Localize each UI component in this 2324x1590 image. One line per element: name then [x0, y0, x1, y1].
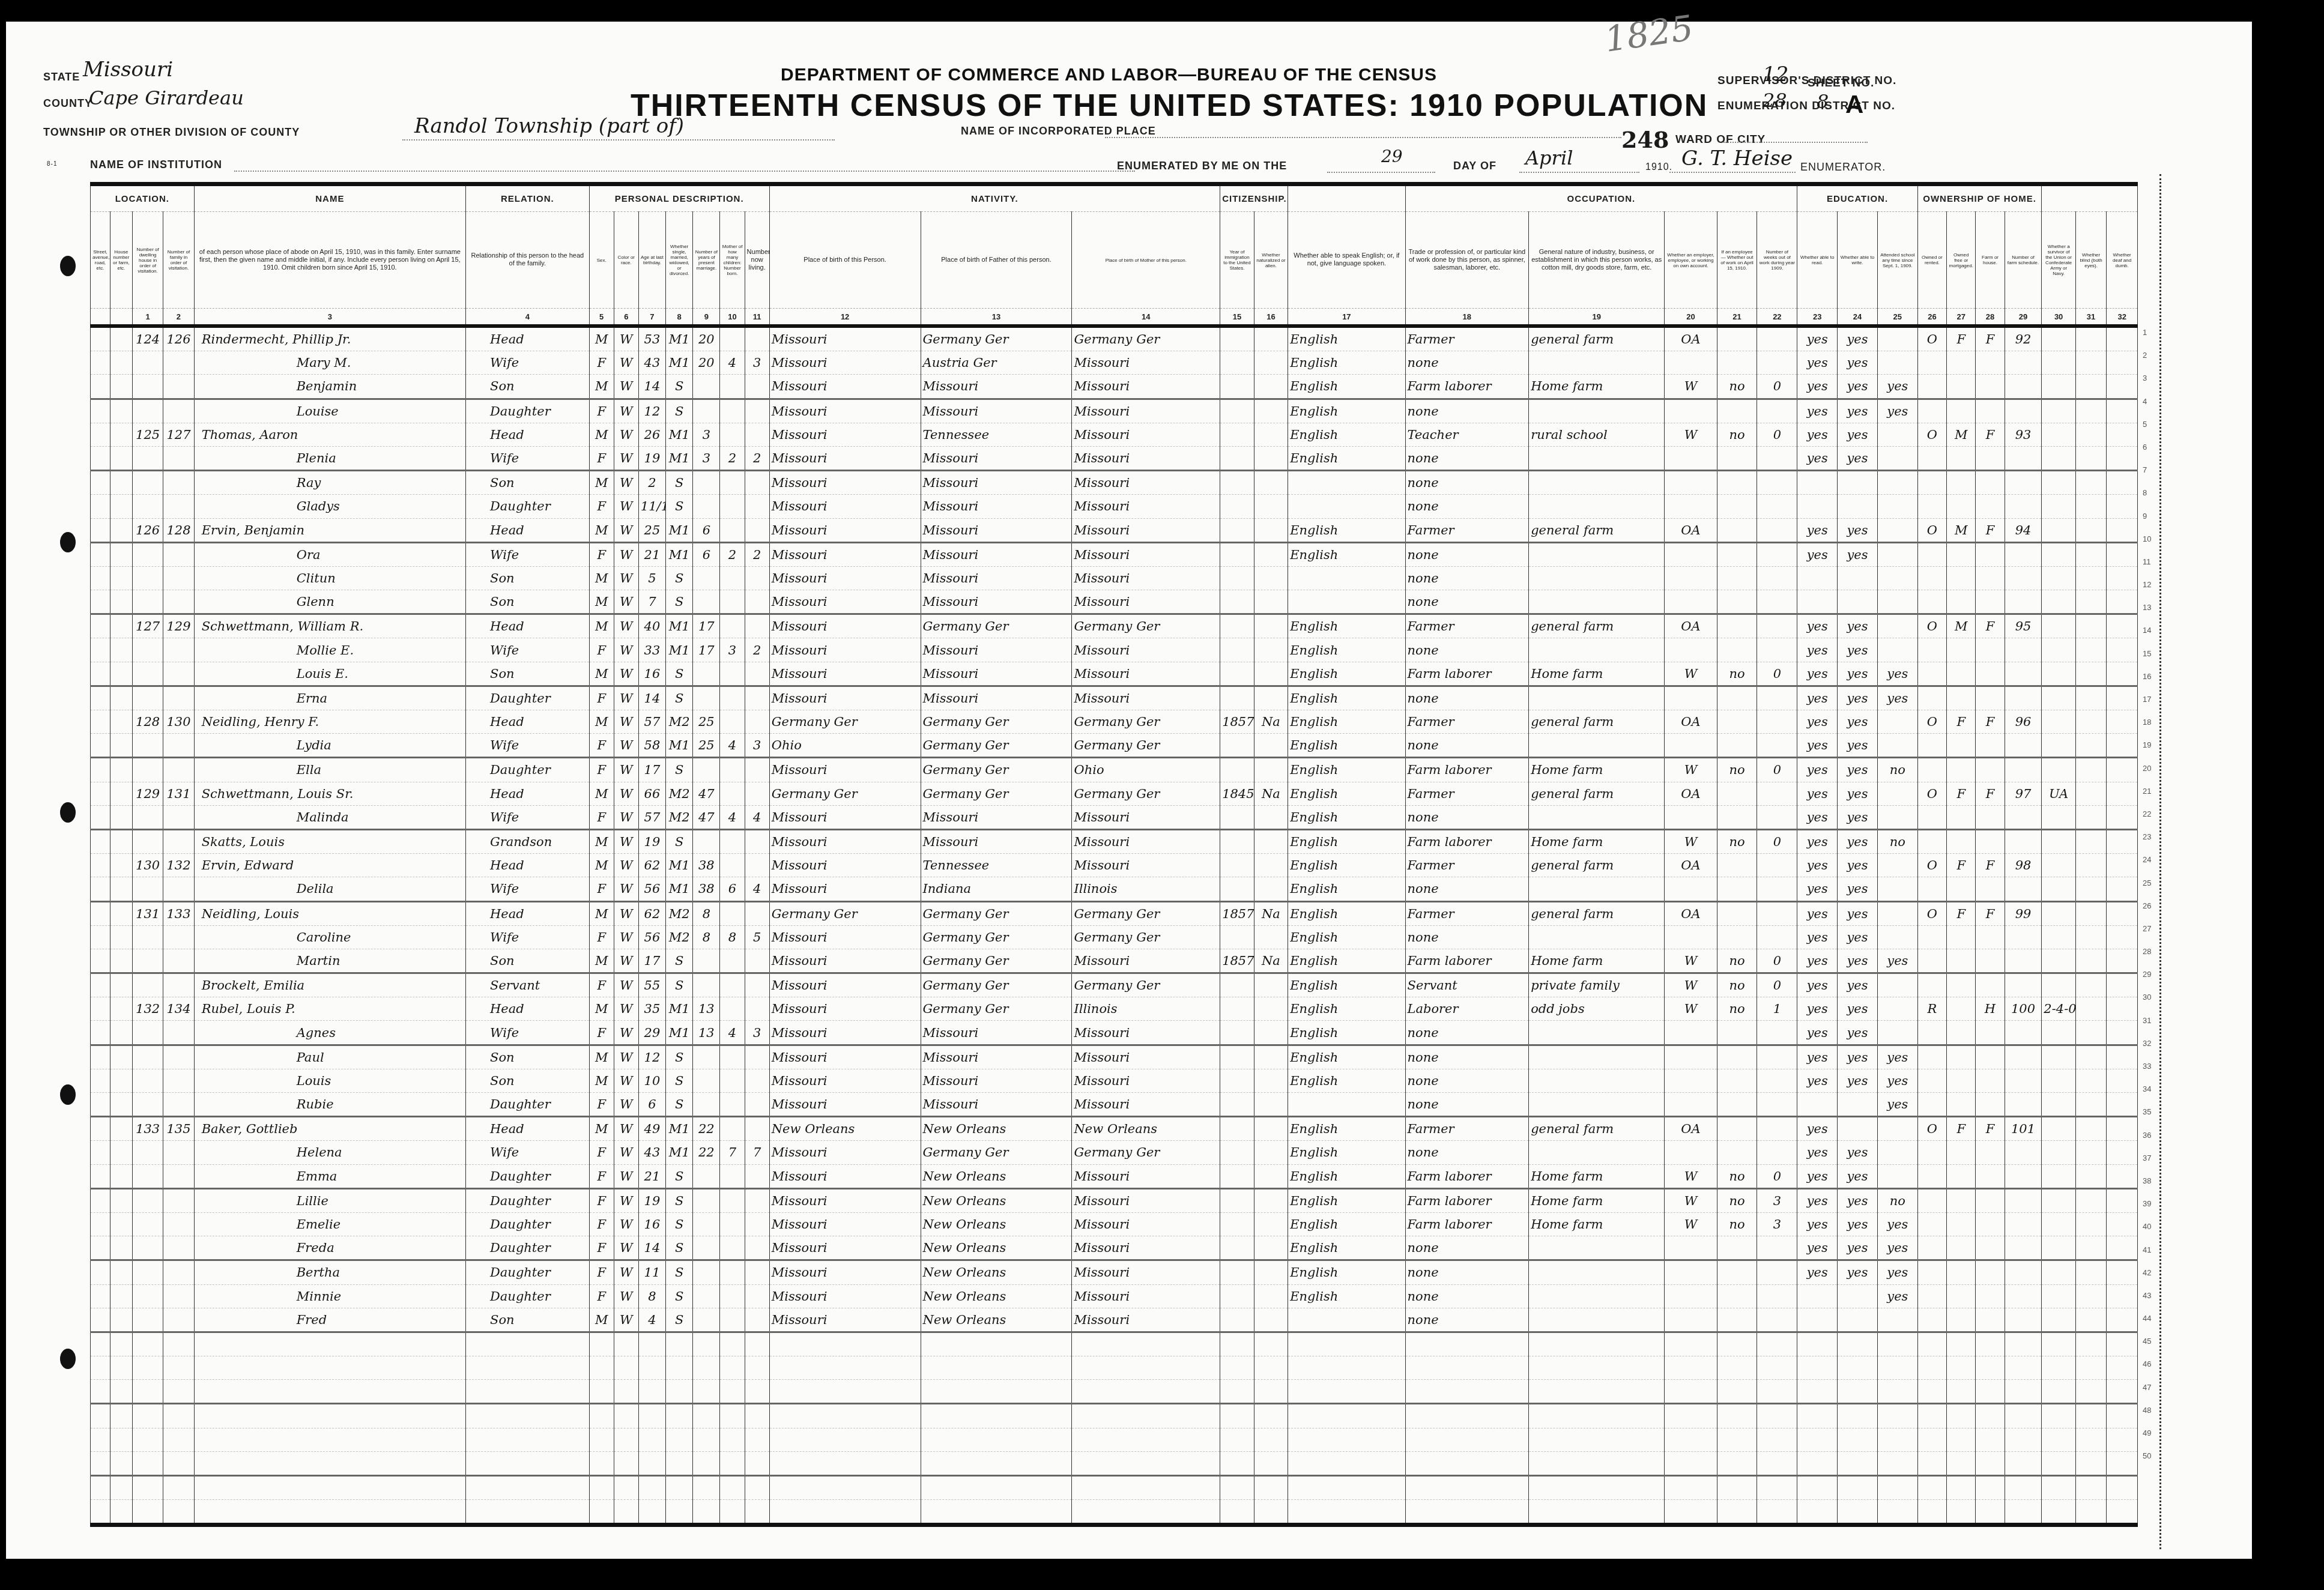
cell-sex: F	[589, 399, 614, 423]
cell-veteran	[2042, 590, 2076, 614]
cell-own-rent: O	[1917, 423, 1946, 446]
line-number: 43	[2143, 1284, 2161, 1307]
cell-deaf	[2107, 686, 2138, 710]
line-number: 50	[2143, 1445, 2161, 1468]
cell-living	[745, 614, 769, 638]
cell-trade: none	[1405, 1236, 1529, 1260]
cell-natur	[1254, 925, 1288, 949]
cell-farm-sched	[2005, 1188, 2042, 1212]
cell-dwelling	[132, 1451, 163, 1475]
column-number-18: 17	[1288, 309, 1405, 327]
cell-write: yes	[1838, 734, 1878, 758]
cell-own-rent	[1917, 1451, 1946, 1475]
cell-farm-house	[1976, 686, 2005, 710]
cell-sex: F	[589, 1164, 614, 1188]
cell-dwelling	[132, 1212, 163, 1236]
cell-race: W	[614, 973, 638, 997]
cell-house	[110, 973, 132, 997]
cell-race: W	[614, 1212, 638, 1236]
cell-language	[1288, 1451, 1405, 1475]
cell-language: English	[1288, 1045, 1405, 1069]
cell-own-rent	[1917, 973, 1946, 997]
cell-birth-person: Missouri	[769, 326, 921, 351]
cell-veteran	[2042, 1212, 2076, 1236]
cell-farm-house: F	[1976, 782, 2005, 805]
cell-relation: Wife	[466, 1141, 590, 1164]
cell-living	[745, 1164, 769, 1188]
cell-natur	[1254, 1260, 1288, 1284]
cell-trade	[1405, 1380, 1529, 1404]
line-number: 22	[2143, 803, 2161, 826]
cell-relation: Son	[466, 1045, 590, 1069]
cell-birth-father: Missouri	[921, 446, 1072, 470]
cell-write: yes	[1838, 351, 1878, 375]
cell-birth-person: Missouri	[769, 758, 921, 782]
cell-born: 8	[720, 925, 745, 949]
cell-race: W	[614, 805, 638, 829]
cell-language: English	[1288, 805, 1405, 829]
cell-street	[91, 1451, 110, 1475]
cell-write	[1838, 1476, 1878, 1500]
cell-name: Helena	[194, 1141, 465, 1164]
cell-weeks-out	[1757, 1500, 1797, 1525]
cell-relation: Son	[466, 1308, 590, 1332]
cell-sex: F	[589, 542, 614, 566]
cell-sex: M	[589, 326, 614, 351]
cell-own-rent: O	[1917, 326, 1946, 351]
cell-living	[745, 566, 769, 590]
cell-immig	[1220, 1069, 1254, 1092]
cell-birth-mother	[1072, 1476, 1220, 1500]
cell-deaf	[2107, 1308, 2138, 1332]
cell-birth-person: Missouri	[769, 805, 921, 829]
cell-street	[91, 399, 110, 423]
column-desc-17: Whether naturalized or alien.	[1254, 212, 1288, 309]
cell-birth-person: Missouri	[769, 829, 921, 853]
table-row	[91, 1451, 2138, 1475]
cell-blind	[2075, 566, 2106, 590]
cell-born	[720, 758, 745, 782]
cell-weeks-out	[1757, 1236, 1797, 1260]
cell-street	[91, 1260, 110, 1284]
cell-age: 57	[638, 805, 665, 829]
cell-farm-house	[1976, 542, 2005, 566]
cell-birth-person: Ohio	[769, 734, 921, 758]
cell-free-mort	[1947, 1284, 1976, 1308]
cell-birth-mother: Missouri	[1072, 638, 1220, 662]
cell-deaf	[2107, 1045, 2138, 1069]
cell-birth-mother: Illinois	[1072, 997, 1220, 1021]
cell-years-married	[693, 1045, 720, 1069]
cell-out-of-work	[1717, 1284, 1757, 1308]
cell-birth-person: Missouri	[769, 1021, 921, 1045]
cell-blind	[2075, 590, 2106, 614]
cell-blind	[2075, 326, 2106, 351]
cell-street	[91, 1141, 110, 1164]
cell-street	[91, 901, 110, 925]
cell-birth-person: Missouri	[769, 1260, 921, 1284]
cell-birth-father: Missouri	[921, 495, 1072, 518]
column-number-29: 28	[1976, 309, 2005, 327]
cell-language: English	[1288, 877, 1405, 901]
cell-language: English	[1288, 351, 1405, 375]
cell-employ	[1665, 446, 1717, 470]
column-number-row: 1234567891011121314151617181920212223242…	[91, 309, 2138, 327]
cell-farm-sched	[2005, 351, 2042, 375]
cell-sex: M	[589, 590, 614, 614]
cell-industry	[1529, 1356, 1665, 1380]
cell-marital: M1	[666, 542, 693, 566]
cell-marital: S	[666, 566, 693, 590]
cell-immig	[1220, 1332, 1254, 1356]
cell-name: Mary M.	[194, 351, 465, 375]
cell-living	[745, 1451, 769, 1475]
cell-trade: none	[1405, 495, 1529, 518]
cell-born	[720, 1380, 745, 1404]
cell-own-rent: R	[1917, 997, 1946, 1021]
cell-age: 35	[638, 997, 665, 1021]
cell-write	[1838, 1451, 1878, 1475]
cell-farm-house	[1976, 1500, 2005, 1525]
cell-house	[110, 1428, 132, 1451]
cell-read: yes	[1797, 758, 1838, 782]
cell-industry	[1529, 1500, 1665, 1525]
form-number: 8-1	[47, 161, 57, 168]
cell-deaf	[2107, 495, 2138, 518]
cell-write	[1838, 1308, 1878, 1332]
cell-free-mort	[1947, 446, 1976, 470]
cell-trade: none	[1405, 446, 1529, 470]
cell-write	[1838, 590, 1878, 614]
cell-out-of-work	[1717, 1428, 1757, 1451]
cell-family	[163, 495, 194, 518]
cell-race: W	[614, 877, 638, 901]
cell-birth-mother: Missouri	[1072, 949, 1220, 973]
cell-industry	[1529, 399, 1665, 423]
cell-race	[614, 1500, 638, 1525]
cell-farm-house	[1976, 662, 2005, 686]
cell-family	[163, 1188, 194, 1212]
cell-marital: S	[666, 1212, 693, 1236]
cell-deaf	[2107, 782, 2138, 805]
cell-years-married: 3	[693, 423, 720, 446]
cell-living	[745, 758, 769, 782]
cell-family	[163, 1500, 194, 1525]
cell-employ	[1665, 925, 1717, 949]
cell-employ	[1665, 1356, 1717, 1380]
cell-years-married	[693, 973, 720, 997]
cell-weeks-out	[1757, 1451, 1797, 1475]
cell-family	[163, 1164, 194, 1188]
cell-street	[91, 829, 110, 853]
line-number: 4	[2143, 390, 2161, 413]
cell-language: English	[1288, 375, 1405, 399]
cell-years-married	[693, 829, 720, 853]
cell-family: 132	[163, 854, 194, 877]
cell-deaf	[2107, 829, 2138, 853]
column-number-10: 9	[693, 309, 720, 327]
cell-farm-sched	[2005, 949, 2042, 973]
cell-family	[163, 1428, 194, 1451]
column-number-31: 30	[2042, 309, 2076, 327]
cell-school	[1877, 1356, 1917, 1380]
cell-free-mort	[1947, 997, 1976, 1021]
cell-birth-father: Missouri	[921, 518, 1072, 542]
cell-race: W	[614, 518, 638, 542]
cell-birth-mother: Missouri	[1072, 446, 1220, 470]
cell-school	[1877, 638, 1917, 662]
column-number-23: 22	[1757, 309, 1797, 327]
cell-birth-mother: Missouri	[1072, 1212, 1220, 1236]
cell-birth-person: Missouri	[769, 375, 921, 399]
cell-living	[745, 1045, 769, 1069]
cell-race: W	[614, 399, 638, 423]
line-number: 19	[2143, 734, 2161, 757]
cell-farm-house	[1976, 949, 2005, 973]
cell-blind	[2075, 734, 2106, 758]
line-number: 46	[2143, 1353, 2161, 1376]
cell-blind	[2075, 1332, 2106, 1356]
cell-own-rent	[1917, 1500, 1946, 1525]
cell-school	[1877, 1476, 1917, 1500]
cell-years-married	[693, 1236, 720, 1260]
cell-farm-house	[1976, 1188, 2005, 1212]
cell-write: yes	[1838, 375, 1878, 399]
cell-sex: F	[589, 495, 614, 518]
enumerator-line	[1669, 172, 1796, 173]
cell-school: yes	[1877, 1236, 1917, 1260]
column-group-5: CITIZENSHIP.	[1220, 184, 1288, 212]
cell-veteran	[2042, 375, 2076, 399]
cell-industry: general farm	[1529, 854, 1665, 877]
cell-birth-mother	[1072, 1428, 1220, 1451]
cell-relation: Wife	[466, 925, 590, 949]
cell-born	[720, 1451, 745, 1475]
cell-veteran	[2042, 1308, 2076, 1332]
cell-farm-house	[1976, 471, 2005, 495]
cell-birth-mother: Missouri	[1072, 495, 1220, 518]
cell-name	[194, 1451, 465, 1475]
cell-immig	[1220, 518, 1254, 542]
cell-dwelling: 124	[132, 326, 163, 351]
cell-out-of-work	[1717, 782, 1757, 805]
line-number: 48	[2143, 1399, 2161, 1422]
cell-farm-house	[1976, 590, 2005, 614]
cell-blind	[2075, 446, 2106, 470]
cell-own-rent	[1917, 686, 1946, 710]
cell-race: W	[614, 782, 638, 805]
cell-deaf	[2107, 1021, 2138, 1045]
cell-age: 6	[638, 1093, 665, 1117]
cell-veteran	[2042, 1045, 2076, 1069]
cell-own-rent	[1917, 1260, 1946, 1284]
table-row: 127129Schwettmann, William R.HeadMW40M11…	[91, 614, 2138, 638]
line-number: 15	[2143, 642, 2161, 665]
cell-family	[163, 1308, 194, 1332]
column-number-12: 11	[745, 309, 769, 327]
cell-employ	[1665, 1141, 1717, 1164]
cell-out-of-work	[1717, 1332, 1757, 1356]
cell-deaf	[2107, 805, 2138, 829]
cell-employ	[1665, 471, 1717, 495]
line-number: 35	[2143, 1101, 2161, 1123]
cell-dwelling: 132	[132, 997, 163, 1021]
cell-language: English	[1288, 829, 1405, 853]
column-desc-18: Whether able to speak English; or, if no…	[1288, 212, 1405, 309]
cell-birth-mother: Missouri	[1072, 423, 1220, 446]
cell-out-of-work	[1717, 1380, 1757, 1404]
cell-years-married	[693, 399, 720, 423]
cell-age: 19	[638, 446, 665, 470]
cell-own-rent	[1917, 1476, 1946, 1500]
cell-born: 4	[720, 805, 745, 829]
cell-read: yes	[1797, 351, 1838, 375]
cell-years-married	[693, 1284, 720, 1308]
column-number-17: 16	[1254, 309, 1288, 327]
cell-free-mort	[1947, 1260, 1976, 1284]
cell-out-of-work	[1717, 518, 1757, 542]
cell-deaf	[2107, 375, 2138, 399]
column-number-24: 23	[1797, 309, 1838, 327]
cell-write: yes	[1838, 1236, 1878, 1260]
cell-birth-person: Missouri	[769, 662, 921, 686]
cell-school	[1877, 1380, 1917, 1404]
cell-employ	[1665, 1428, 1717, 1451]
cell-write: yes	[1838, 518, 1878, 542]
cell-write: yes	[1838, 758, 1878, 782]
cell-language	[1288, 1476, 1405, 1500]
cell-marital: M1	[666, 351, 693, 375]
cell-blind	[2075, 805, 2106, 829]
cell-name: Skatts, Louis	[194, 829, 465, 853]
line-number: 13	[2143, 596, 2161, 619]
cell-school	[1877, 471, 1917, 495]
cell-read	[1797, 471, 1838, 495]
cell-natur	[1254, 1404, 1288, 1428]
cell-name	[194, 1476, 465, 1500]
cell-own-rent	[1917, 351, 1946, 375]
table-row: GlennSonMW7SMissouriMissouriMissourinone	[91, 590, 2138, 614]
incorporated-place-label: NAME OF INCORPORATED PLACE	[961, 125, 1156, 138]
cell-industry	[1529, 1451, 1665, 1475]
cell-name: Rubel, Louis P.	[194, 997, 465, 1021]
cell-marital: M1	[666, 997, 693, 1021]
department-title: DEPARTMENT OF COMMERCE AND LABOR—BUREAU …	[781, 65, 1437, 85]
cell-blind	[2075, 471, 2106, 495]
cell-immig	[1220, 614, 1254, 638]
cell-years-married	[693, 758, 720, 782]
cell-race	[614, 1332, 638, 1356]
cell-own-rent	[1917, 566, 1946, 590]
cell-farm-sched	[2005, 1404, 2042, 1428]
cell-born	[720, 1117, 745, 1141]
cell-birth-father	[921, 1500, 1072, 1525]
column-group-row: LOCATION.NAMERELATION.PERSONAL DESCRIPTI…	[91, 184, 2138, 212]
cell-street	[91, 1212, 110, 1236]
cell-marital: S	[666, 686, 693, 710]
cell-immig	[1220, 638, 1254, 662]
cell-born	[720, 662, 745, 686]
cell-farm-house: F	[1976, 326, 2005, 351]
cell-born	[720, 1428, 745, 1451]
cell-farm-house	[1976, 1045, 2005, 1069]
cell-employ	[1665, 1451, 1717, 1475]
cell-living	[745, 1236, 769, 1260]
cell-school	[1877, 734, 1917, 758]
cell-deaf	[2107, 1332, 2138, 1356]
cell-language: English	[1288, 423, 1405, 446]
cell-marital: M1	[666, 1141, 693, 1164]
cell-own-rent	[1917, 1045, 1946, 1069]
cell-house	[110, 1260, 132, 1284]
cell-natur	[1254, 1356, 1288, 1380]
cell-living	[745, 471, 769, 495]
cell-birth-father: New Orleans	[921, 1117, 1072, 1141]
cell-own-rent	[1917, 805, 1946, 829]
cell-years-married	[693, 1476, 720, 1500]
cell-sex: M	[589, 1069, 614, 1092]
cell-family	[163, 1404, 194, 1428]
cell-write	[1838, 1284, 1878, 1308]
cell-sex: F	[589, 1284, 614, 1308]
cell-language	[1288, 1500, 1405, 1525]
cell-school	[1877, 1404, 1917, 1428]
cell-language	[1288, 1332, 1405, 1356]
cell-dwelling	[132, 662, 163, 686]
cell-free-mort	[1947, 399, 1976, 423]
cell-immig	[1220, 1188, 1254, 1212]
cell-language: English	[1288, 973, 1405, 997]
cell-natur	[1254, 1284, 1288, 1308]
cell-race: W	[614, 1236, 638, 1260]
cell-relation	[466, 1500, 590, 1525]
cell-trade: Servant	[1405, 973, 1529, 997]
cell-school	[1877, 326, 1917, 351]
cell-industry: odd jobs	[1529, 997, 1665, 1021]
column-number-0	[91, 309, 110, 327]
cell-living	[745, 326, 769, 351]
cell-natur	[1254, 1141, 1288, 1164]
cell-deaf	[2107, 1164, 2138, 1188]
cell-deaf	[2107, 446, 2138, 470]
column-desc-6: Sex.	[589, 212, 614, 309]
cell-sex: F	[589, 1188, 614, 1212]
cell-house	[110, 1045, 132, 1069]
cell-own-rent	[1917, 949, 1946, 973]
cell-birth-father	[921, 1428, 1072, 1451]
cell-weeks-out	[1757, 1284, 1797, 1308]
cell-own-rent	[1917, 1404, 1946, 1428]
cell-immig	[1220, 423, 1254, 446]
cell-marital: S	[666, 495, 693, 518]
cell-family: 129	[163, 614, 194, 638]
cell-age	[638, 1356, 665, 1380]
cell-race: W	[614, 1117, 638, 1141]
cell-age: 26	[638, 423, 665, 446]
cell-out-of-work	[1717, 1021, 1757, 1045]
cell-years-married	[693, 949, 720, 973]
cell-school	[1877, 351, 1917, 375]
cell-language: English	[1288, 1164, 1405, 1188]
cell-natur	[1254, 805, 1288, 829]
cell-natur	[1254, 877, 1288, 901]
cell-age: 62	[638, 901, 665, 925]
cell-own-rent	[1917, 638, 1946, 662]
cell-farm-sched	[2005, 1428, 2042, 1451]
cell-natur	[1254, 518, 1288, 542]
cell-natur	[1254, 758, 1288, 782]
cell-employ: OA	[1665, 710, 1717, 734]
